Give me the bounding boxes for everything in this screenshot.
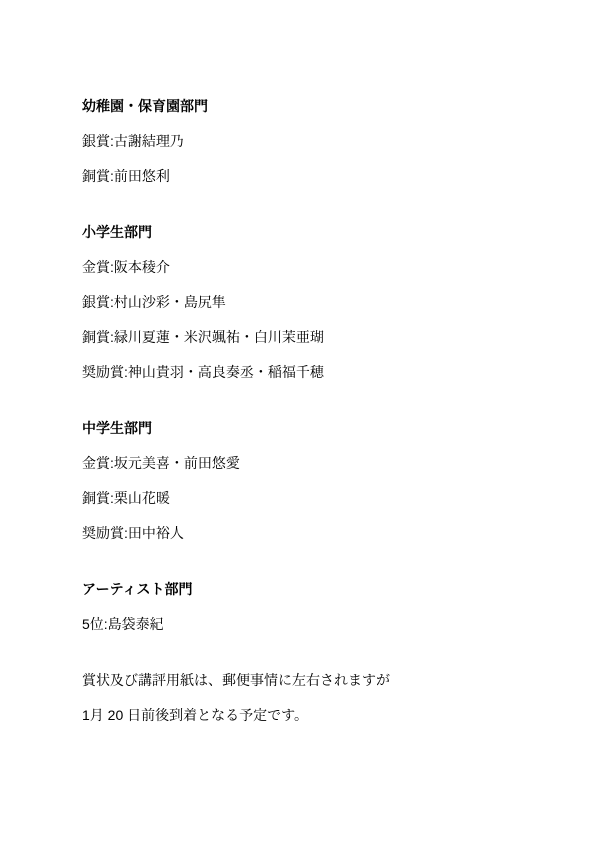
award-line: 5位:島袋泰紀 [82,614,555,634]
award-line: 奨励賞:田中裕人 [82,523,555,543]
section-elementary: 小学生部門 金賞:阪本稜介 銀賞:村山沙彩・島尻隼 銅賞:緑川夏蓮・米沢颯祐・白… [82,201,555,382]
award-line: 銅賞:前田悠利 [82,166,555,186]
document-content: 幼稚園・保育園部門 銀賞:古謝結理乃 銅賞:前田悠利 小学生部門 金賞:阪本稜介… [0,0,595,725]
award-line: 銀賞:村山沙彩・島尻隼 [82,292,555,312]
award-line: 銅賞:栗山花暖 [82,488,555,508]
award-line: 金賞:坂元美喜・前田悠愛 [82,453,555,473]
footer-note: 賞状及び講評用紙は、郵便事情に左右されますが 1月 20 日前後到着となる予定で… [82,649,555,725]
section-heading: 中学生部門 [82,418,555,438]
document-page: 幼稚園・保育園部門 銀賞:古謝結理乃 銅賞:前田悠利 小学生部門 金賞:阪本稜介… [0,0,595,841]
section-heading: 幼稚園・保育園部門 [82,96,555,116]
award-line: 奨励賞:神山貴羽・高良奏丞・稲福千穂 [82,362,555,382]
section-artist: アーティスト部門 5位:島袋泰紀 [82,558,555,634]
footer-note-line: 1月 20 日前後到着となる予定です。 [82,705,555,725]
award-line: 金賞:阪本稜介 [82,257,555,277]
award-line: 銅賞:緑川夏蓮・米沢颯祐・白川茉亜瑚 [82,327,555,347]
section-heading: アーティスト部門 [82,579,555,599]
section-junior-high: 中学生部門 金賞:坂元美喜・前田悠愛 銅賞:栗山花暖 奨励賞:田中裕人 [82,397,555,543]
section-heading: 小学生部門 [82,222,555,242]
footer-note-line: 賞状及び講評用紙は、郵便事情に左右されますが [82,670,555,690]
section-kindergarten: 幼稚園・保育園部門 銀賞:古謝結理乃 銅賞:前田悠利 [82,96,555,186]
award-line: 銀賞:古謝結理乃 [82,131,555,151]
